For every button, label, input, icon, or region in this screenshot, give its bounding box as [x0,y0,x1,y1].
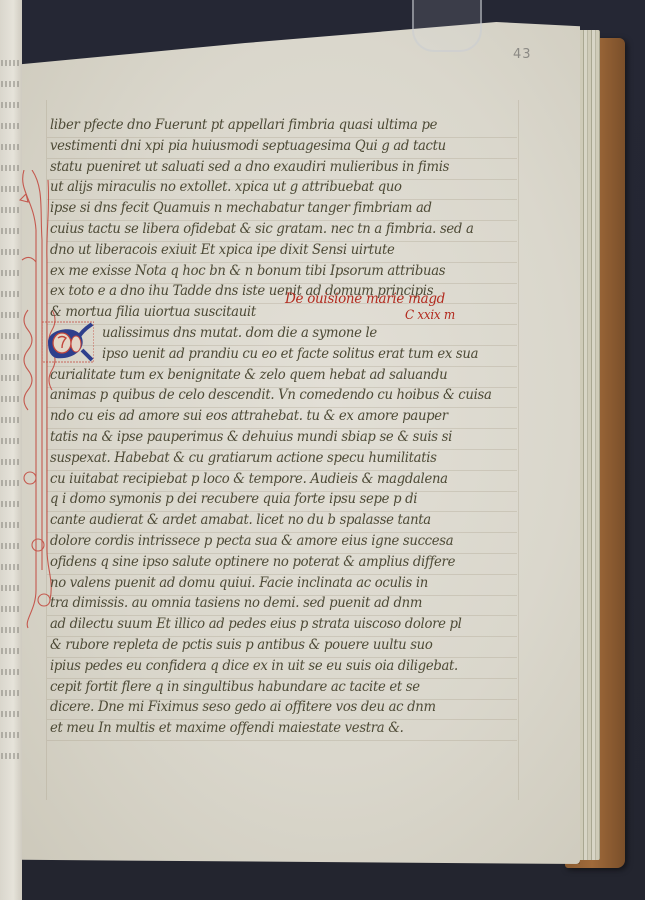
folio-number: 43 [513,47,532,62]
facing-page-text-ghost [1,648,19,654]
facing-page-text-ghost [1,669,19,675]
facing-page-text-ghost [1,711,19,717]
facing-page-text-ghost [1,123,19,129]
facing-page-text-ghost [1,144,19,150]
facing-page-text-ghost [1,81,19,87]
facing-page-text-ghost [1,753,19,759]
chapter-rubric-number: C xxix m [405,307,455,332]
facing-page-text-ghost [1,690,19,696]
text-line: et meu In multis et maxime offendi maies… [50,721,404,746]
facing-page-text-ghost [1,60,19,66]
facing-page-text-ghost [1,732,19,738]
manuscript-photo: 43 liber pfecte dno Fuerunt pt appellari… [0,0,645,900]
margin-ruling-right [518,100,519,800]
page-clip [412,0,482,52]
facing-page-text-ghost [1,102,19,108]
